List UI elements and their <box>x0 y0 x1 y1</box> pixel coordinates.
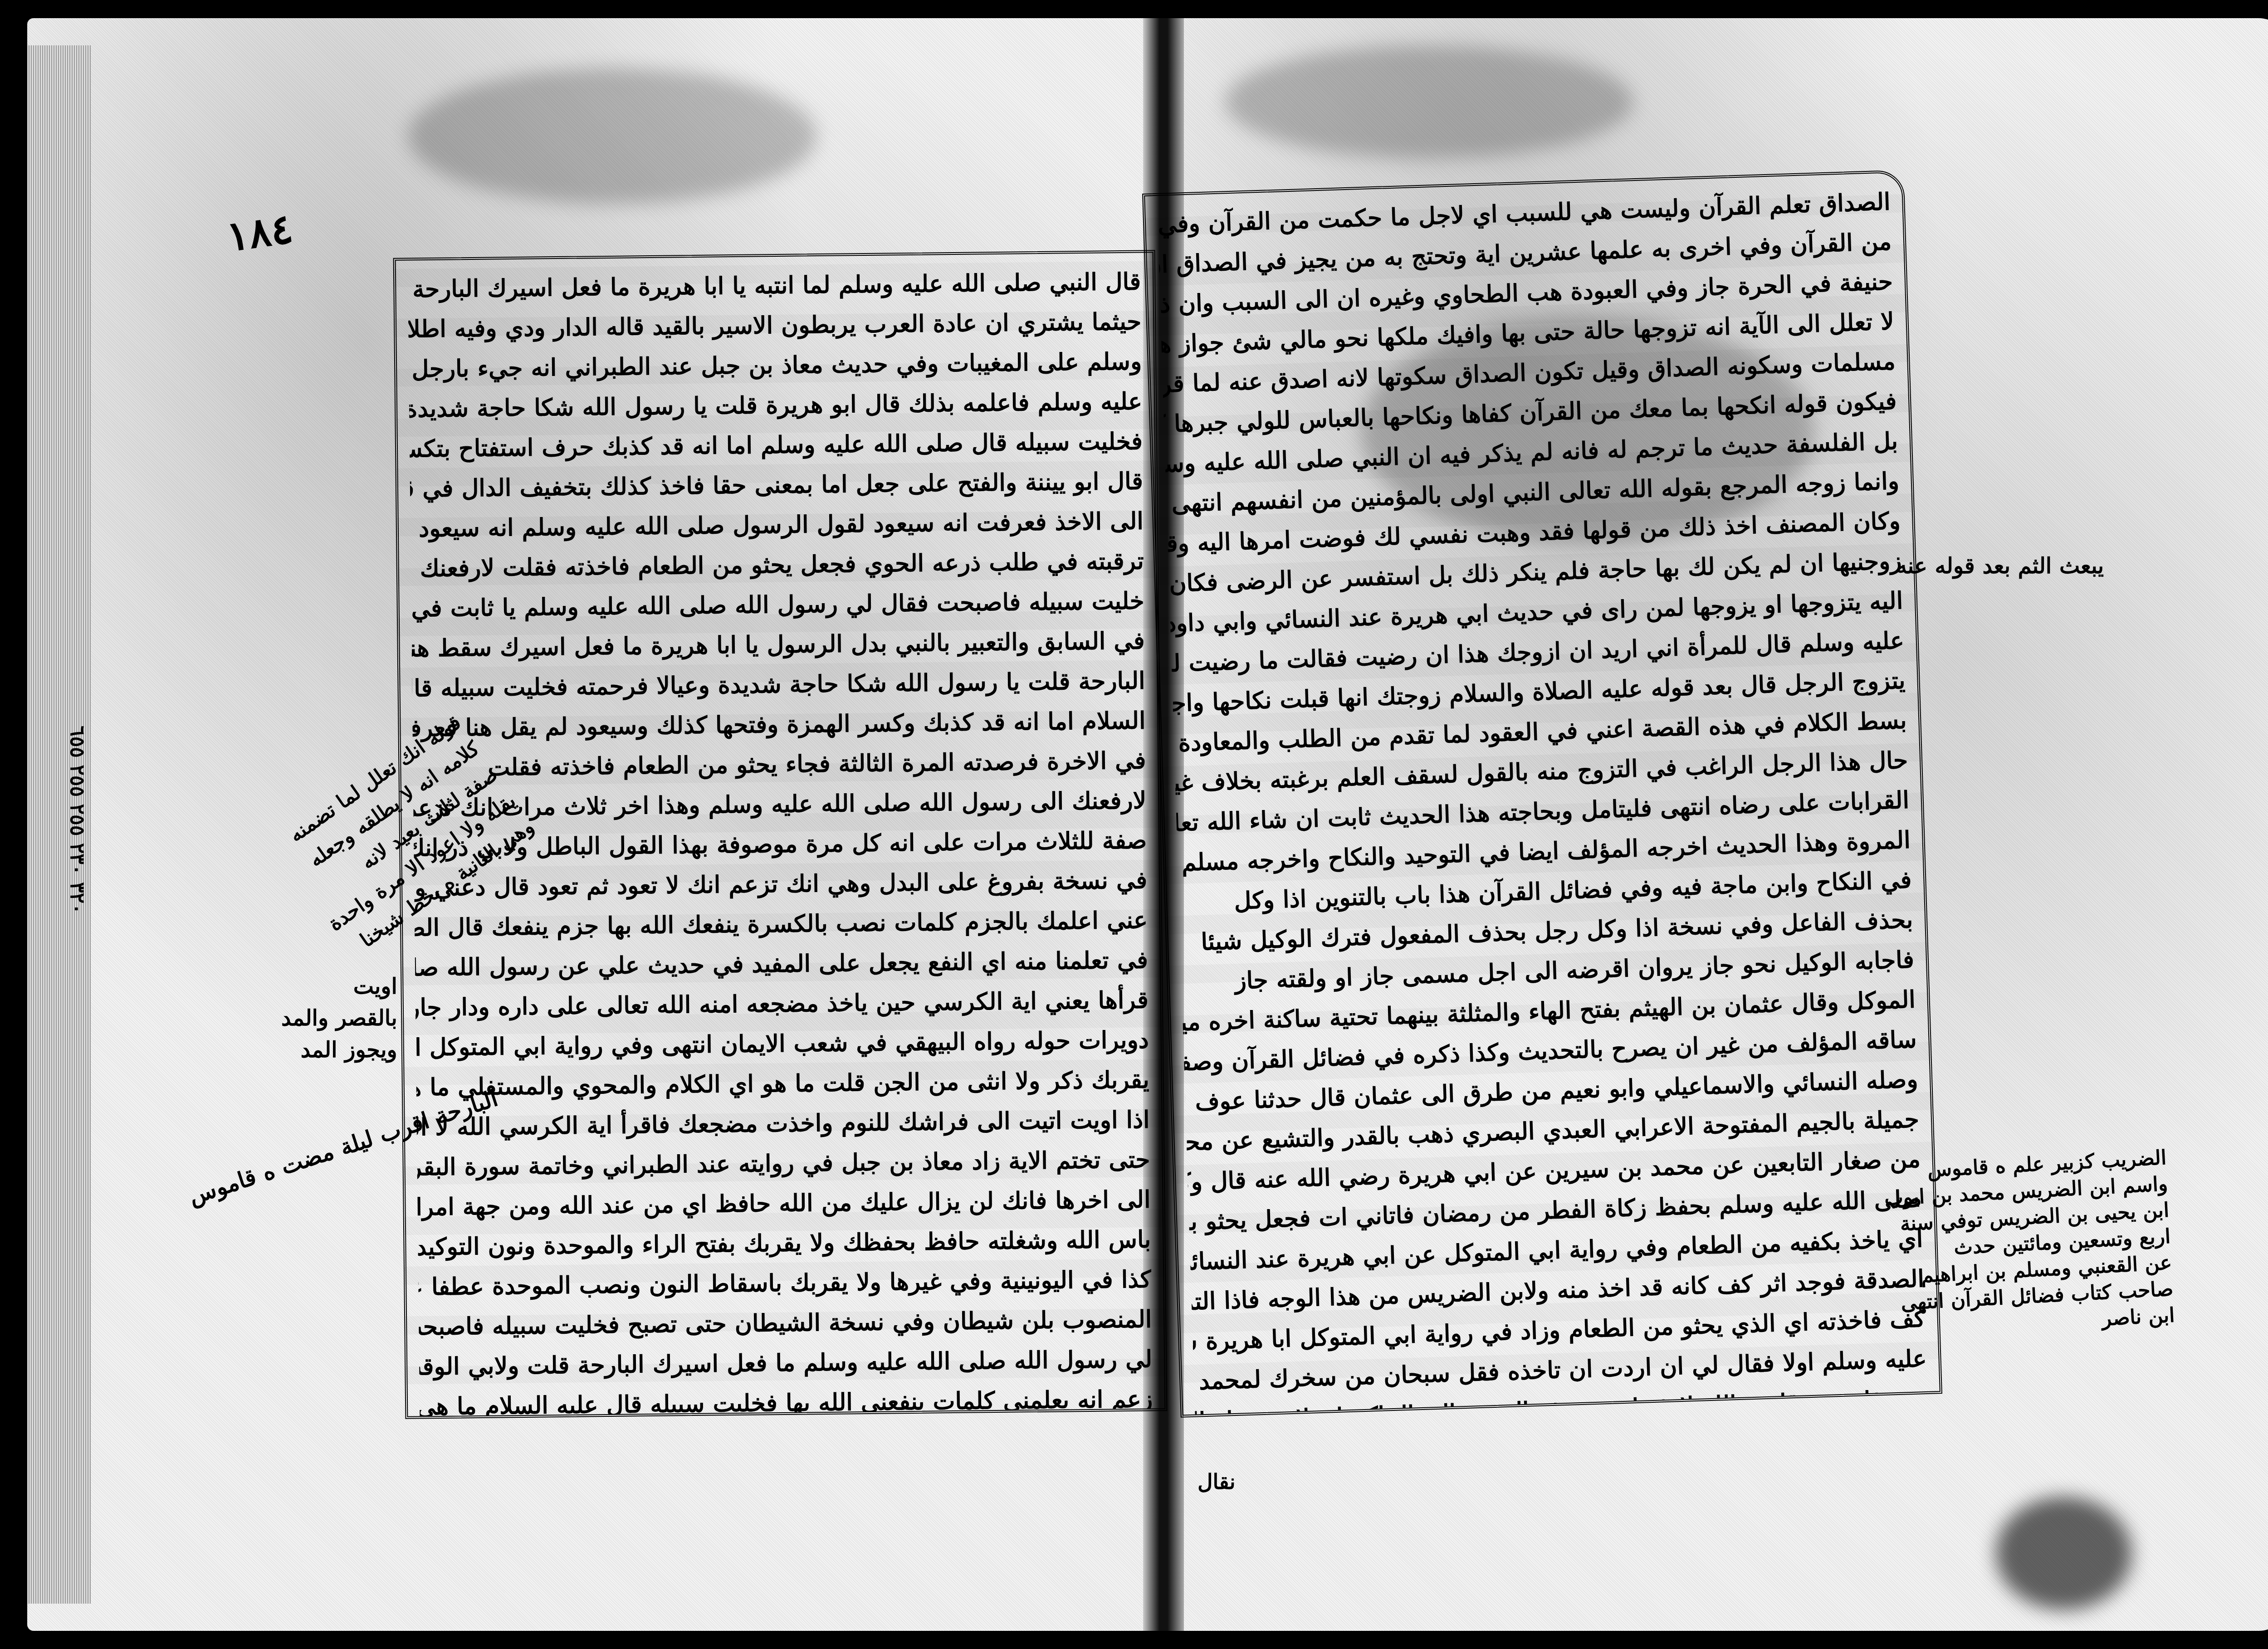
right-margin-note-2: الضريب كزبير علم ه قاموسواسم ابن الضريس … <box>1882 1145 2175 1343</box>
text-line: حيثما يشتري ان عادة العرب يربطون الاسير … <box>408 302 1142 350</box>
text-line: في نسخة بفروغ على البدل وهي انك تزعم انك… <box>414 861 1148 908</box>
text-line: حتى تختم الاية زاد معاذ بن جبل في روايته… <box>417 1140 1150 1188</box>
text-line: البارحة قلت يا رسول الله شكا حاجة شديدة … <box>412 661 1145 709</box>
right-margin-note-1: يبعث الثم بعد قوله عنه <box>1896 553 2104 579</box>
text-line: ترقبته في طلب ذرعه الحوي فجعل يحثو من ال… <box>411 542 1144 589</box>
text-line: المنصوب بلن شيطان وفي نسخة الشيطان حتى ت… <box>419 1299 1152 1347</box>
catchword: نقال <box>1198 1469 1236 1494</box>
text-line: بالقصر والمد <box>281 1002 397 1034</box>
text-line: خليت سبيله فاصبحت فقال لي رسول الله صلى … <box>411 581 1144 629</box>
text-line: باس الله وشغلته حافظ بحفظك ولا يقربك بفت… <box>418 1220 1151 1267</box>
text-line: ويجوز المد <box>281 1034 397 1066</box>
water-stain <box>1225 45 1633 159</box>
water-stain <box>1996 1497 2132 1610</box>
text-line: قال ابو ييننة والفتح على جعل اما بمعنى ح… <box>410 462 1144 509</box>
text-line: قال النبي صلى الله عليه وسلم لما انتبه ي… <box>408 262 1141 310</box>
text-line: في السابق والتعبير بالنبي بدل الرسول يا … <box>411 621 1145 669</box>
text-line: عني اعلمك بالجزم كلمات نصب بالكسرة ينفعك… <box>415 901 1148 948</box>
text-line: دويرات حوله رواه البيهقي في شعب الايمان … <box>415 1020 1149 1068</box>
text-line: قرأها يعني اية الكرسي حين ياخذ مضجعه امن… <box>415 981 1149 1028</box>
edge-vertical-text: ٣٢٠ ٢٣٠ ٢٥٥ ٢٥٥ ٦٥٥ <box>66 726 89 914</box>
text-line: فخليت سبيله قال صلى الله عليه وسلم اما ا… <box>410 422 1143 469</box>
text-line: لي رسول الله صلى الله عليه وسلم ما فعل ا… <box>419 1339 1153 1387</box>
left-margin-note-2: اويتبالقصر والمدويجوز المد <box>281 971 397 1066</box>
text-line: الى اخرها فانك لن يزال عليك من الله حافظ… <box>417 1180 1151 1227</box>
text-line: اويت <box>281 971 397 1002</box>
text-line: الى الاخذ فعرفت انه سيعود لقول الرسول صل… <box>410 502 1144 549</box>
page-number: ١٨٤ <box>224 204 295 261</box>
text-line: عليه وسلم فاعلمه بذلك قال ابو هريرة قلت … <box>409 382 1143 429</box>
text-line: في الاخرة فرصدته المرة الثالثة فجاء يحثو… <box>413 741 1146 789</box>
water-stain <box>408 68 816 204</box>
text-line: يقربك ذكر ولا انثى من الجن قلت ما هو اي … <box>416 1060 1149 1108</box>
text-line: اذا اويت اتيت الى فراشك للنوم واخذت مضجع… <box>416 1100 1150 1148</box>
text-line: وسلم على المغيبات وفي حديث معاذ بن جبل ع… <box>409 342 1142 390</box>
text-line: كذا في اليونينية وفي غيرها ولا يقربك باس… <box>418 1259 1152 1307</box>
text-line: السلام اما انه قد كذبك وكسر الهمزة وفتحه… <box>412 701 1146 749</box>
text-line: في تعلمنا منه اي النفع يجعل على المفيد ف… <box>415 941 1149 988</box>
right-text-block: الصداق تعلم القرآن وليست هي للسبب اي لاج… <box>1142 170 1942 1417</box>
